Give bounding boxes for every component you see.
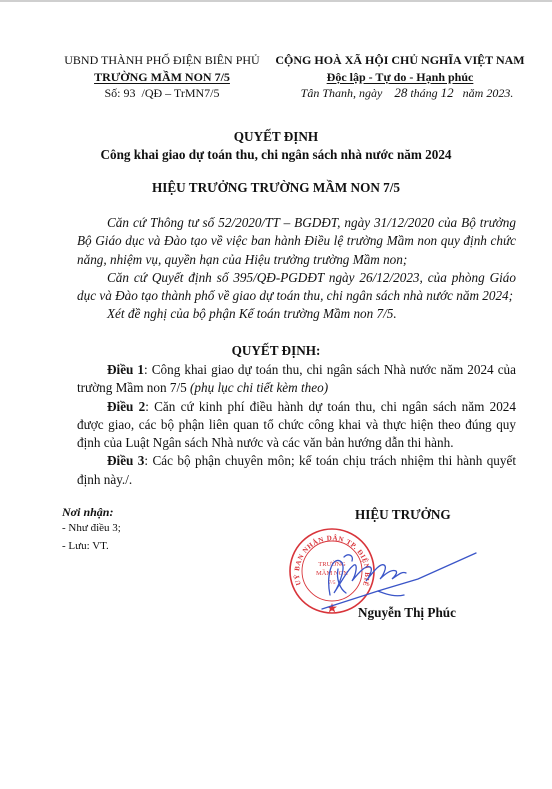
motto: Độc lập - Tự do - Hạnh phúc: [270, 69, 530, 86]
recipient-item: - Như điều 3;: [62, 520, 121, 536]
page-top-border: [0, 0, 552, 2]
place-date: Tân Thanh, ngày 28 tháng 12 năm 2023.: [270, 85, 530, 102]
article-3: Điều 3: Các bộ phận chuyên môn; kế toán …: [77, 452, 516, 489]
article-2: Điều 2: Căn cứ kinh phí điều hành dự toá…: [77, 398, 516, 453]
header-right: CỘNG HOÀ XÃ HỘI CHỦ NGHĨA VIỆT NAM Độc l…: [270, 52, 530, 102]
header-left: UBND THÀNH PHỐ ĐIỆN BIÊN PHỦ TRƯỜNG MẦM …: [62, 52, 262, 102]
preamble-item: Căn cứ Thông tư số 52/2020/TT – BGDĐT, n…: [77, 214, 516, 269]
nation-title: CỘNG HOÀ XÃ HỘI CHỦ NGHĨA VIỆT NAM: [270, 52, 530, 69]
signer-title: HIỆU TRƯỞNG: [355, 507, 451, 523]
recipients-heading: Nơi nhận:: [62, 504, 121, 520]
preamble-item: Căn cứ Quyết định số 395/QĐ-PGDĐT ngày 2…: [77, 269, 516, 306]
preamble: Căn cứ Thông tư số 52/2020/TT – BGDĐT, n…: [77, 214, 516, 324]
document-heading: QUYẾT ĐỊNH: [0, 129, 552, 145]
school-name: TRƯỜNG MẦM NON 7/5: [62, 69, 262, 86]
agency-name: UBND THÀNH PHỐ ĐIỆN BIÊN PHỦ: [62, 52, 262, 69]
document-subject: Công khai giao dự toán thu, chi ngân sác…: [0, 147, 552, 163]
preamble-item: Xét đề nghị của bộ phận Kế toán trường M…: [77, 305, 516, 323]
decision-heading: QUYẾT ĐỊNH:: [0, 343, 552, 359]
articles: Điều 1: Công khai giao dự toán thu, chi …: [77, 361, 516, 489]
signer-name: Nguyễn Thị Phúc: [358, 605, 456, 621]
recipient-item: - Lưu: VT.: [62, 538, 121, 554]
document-number: Số: 93 /QĐ – TrMN7/5: [62, 85, 262, 102]
article-1: Điều 1: Công khai giao dự toán thu, chi …: [77, 361, 516, 398]
recipients: Nơi nhận: - Như điều 3; - Lưu: VT.: [62, 504, 121, 554]
issuing-authority: HIỆU TRƯỞNG TRƯỜNG MẦM NON 7/5: [0, 180, 552, 196]
handwritten-signature-icon: [318, 535, 478, 615]
